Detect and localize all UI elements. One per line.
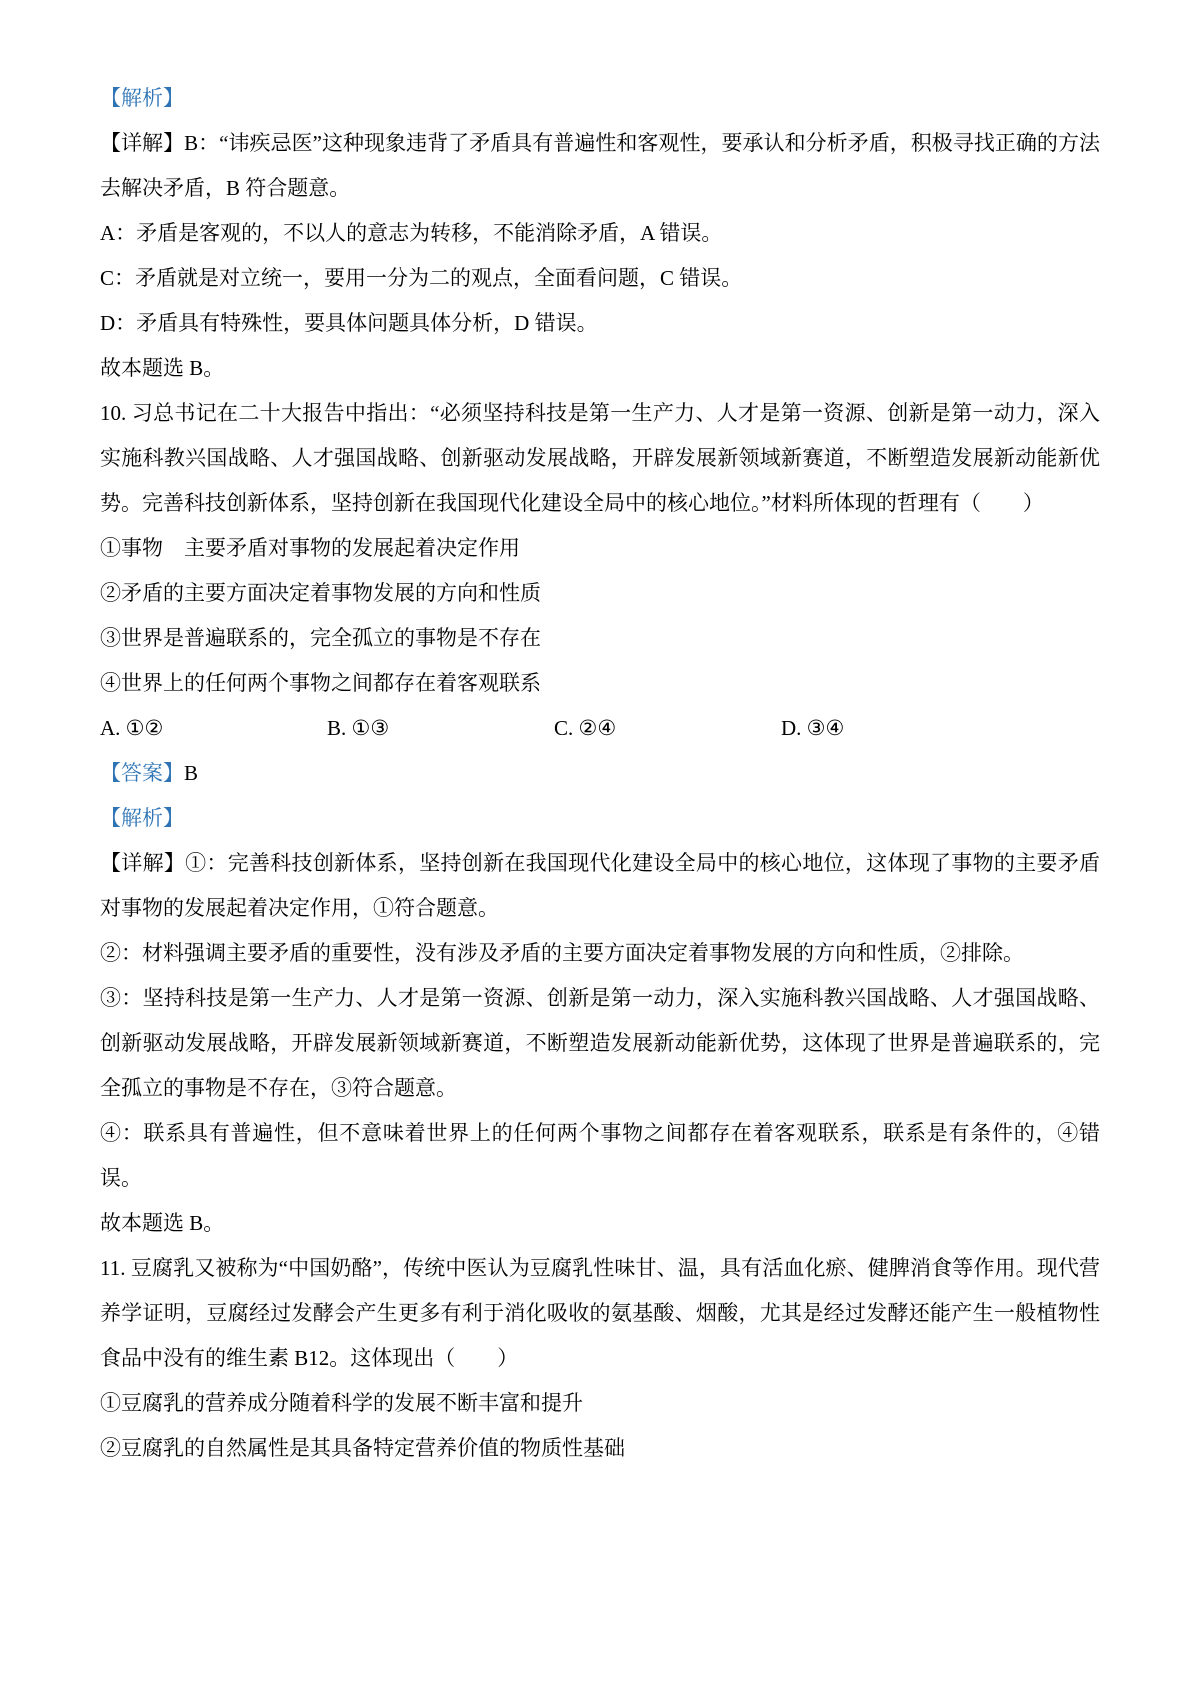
conclusion-text: 故本题选 B。	[100, 1211, 224, 1235]
question-stem-text: 10. 习总书记在二十大报告中指出：“必须坚持科技是第一生产力、人才是第一资源、…	[100, 401, 1100, 515]
answer-label: 【答案】	[100, 761, 184, 785]
question-stem-text: 11. 豆腐乳又被称为“中国奶酪”，传统中医认为豆腐乳性味甘、温，具有活血化瘀、…	[100, 1256, 1100, 1370]
statement-eval-text: ④：联系具有普遍性，但不意味着世界上的任何两个事物之间都存在着客观联系，联系是有…	[100, 1121, 1100, 1190]
option-eval-text: C：矛盾就是对立统一，要用一分为二的观点，全面看问题，C 错误。	[100, 266, 742, 290]
analysis-label: 【解析】	[100, 806, 184, 830]
conclusion-text: 故本题选 B。	[100, 356, 224, 380]
statement-text: ①事物 主要矛盾对事物的发展起着决定作用	[100, 536, 520, 560]
document-body: 【解析】 【详解】B：“讳疾忌医”这种现象违背了矛盾具有普遍性和客观性，要承认和…	[100, 76, 1100, 1471]
q9-option-d-eval: D：矛盾具有特殊性，要具体问题具体分析，D 错误。	[100, 301, 1100, 346]
choice-d: D. ③④	[781, 706, 844, 751]
document-page: 【解析】 【详解】B：“讳疾忌医”这种现象违背了矛盾具有普遍性和客观性，要承认和…	[0, 0, 1200, 1698]
question-11-stem: 11. 豆腐乳又被称为“中国奶酪”，传统中医认为豆腐乳性味甘、温，具有活血化瘀、…	[100, 1246, 1100, 1381]
statement-text: ③世界是普遍联系的，完全孤立的事物是不存在	[100, 626, 541, 650]
question-11-statement-1: ①豆腐乳的营养成分随着科学的发展不断丰富和提升	[100, 1381, 1100, 1426]
q10-statement-3-eval: ③：坚持科技是第一生产力、人才是第一资源、创新是第一动力，深入实施科教兴国战略、…	[100, 976, 1100, 1111]
q10-detail-paragraph: 【详解】①：完善科技创新体系，坚持创新在我国现代化建设全局中的核心地位，这体现了…	[100, 841, 1100, 931]
question-10-answer-line: 【答案】B	[100, 751, 1100, 796]
option-eval-text: D：矛盾具有特殊性，要具体问题具体分析，D 错误。	[100, 311, 598, 335]
detail-text: 【详解】B：“讳疾忌医”这种现象违背了矛盾具有普遍性和客观性，要承认和分析矛盾，…	[100, 131, 1100, 200]
detail-text: 【详解】①：完善科技创新体系，坚持创新在我国现代化建设全局中的核心地位，这体现了…	[100, 851, 1100, 920]
choice-b: B. ①③	[327, 706, 554, 751]
q9-option-a-eval: A：矛盾是客观的，不以人的意志为转移，不能消除矛盾，A 错误。	[100, 211, 1100, 256]
statement-eval-text: ②：材料强调主要矛盾的重要性，没有涉及矛盾的主要方面决定着事物发展的方向和性质，…	[100, 941, 1024, 965]
statement-text: ②矛盾的主要方面决定着事物发展的方向和性质	[100, 581, 541, 605]
answer-value: B	[184, 761, 198, 785]
question-10-statement-1: ①事物 主要矛盾对事物的发展起着决定作用	[100, 526, 1100, 571]
q9-option-c-eval: C：矛盾就是对立统一，要用一分为二的观点，全面看问题，C 错误。	[100, 256, 1100, 301]
q9-analysis-heading: 【解析】	[100, 76, 1100, 121]
statement-text: ②豆腐乳的自然属性是其具备特定营养价值的物质性基础	[100, 1436, 625, 1460]
statement-text: ①豆腐乳的营养成分随着科学的发展不断丰富和提升	[100, 1391, 583, 1415]
question-10-statement-2: ②矛盾的主要方面决定着事物发展的方向和性质	[100, 571, 1100, 616]
q10-conclusion: 故本题选 B。	[100, 1201, 1100, 1246]
q10-statement-2-eval: ②：材料强调主要矛盾的重要性，没有涉及矛盾的主要方面决定着事物发展的方向和性质，…	[100, 931, 1100, 976]
question-11-statement-2: ②豆腐乳的自然属性是其具备特定营养价值的物质性基础	[100, 1426, 1100, 1471]
choice-c: C. ②④	[554, 706, 781, 751]
option-eval-text: A：矛盾是客观的，不以人的意志为转移，不能消除矛盾，A 错误。	[100, 221, 722, 245]
q9-detail-paragraph: 【详解】B：“讳疾忌医”这种现象违背了矛盾具有普遍性和客观性，要承认和分析矛盾，…	[100, 121, 1100, 211]
analysis-label: 【解析】	[100, 86, 184, 110]
question-10-choice-row: A. ①② B. ①③ C. ②④ D. ③④	[100, 706, 1100, 751]
question-10-statement-4: ④世界上的任何两个事物之间都存在着客观联系	[100, 661, 1100, 706]
statement-text: ④世界上的任何两个事物之间都存在着客观联系	[100, 671, 541, 695]
choice-a: A. ①②	[100, 706, 327, 751]
question-10-stem: 10. 习总书记在二十大报告中指出：“必须坚持科技是第一生产力、人才是第一资源、…	[100, 391, 1100, 526]
statement-eval-text: ③：坚持科技是第一生产力、人才是第一资源、创新是第一动力，深入实施科教兴国战略、…	[100, 986, 1100, 1100]
question-10-statement-3: ③世界是普遍联系的，完全孤立的事物是不存在	[100, 616, 1100, 661]
q10-statement-4-eval: ④：联系具有普遍性，但不意味着世界上的任何两个事物之间都存在着客观联系，联系是有…	[100, 1111, 1100, 1201]
q10-analysis-heading: 【解析】	[100, 796, 1100, 841]
q9-conclusion: 故本题选 B。	[100, 346, 1100, 391]
